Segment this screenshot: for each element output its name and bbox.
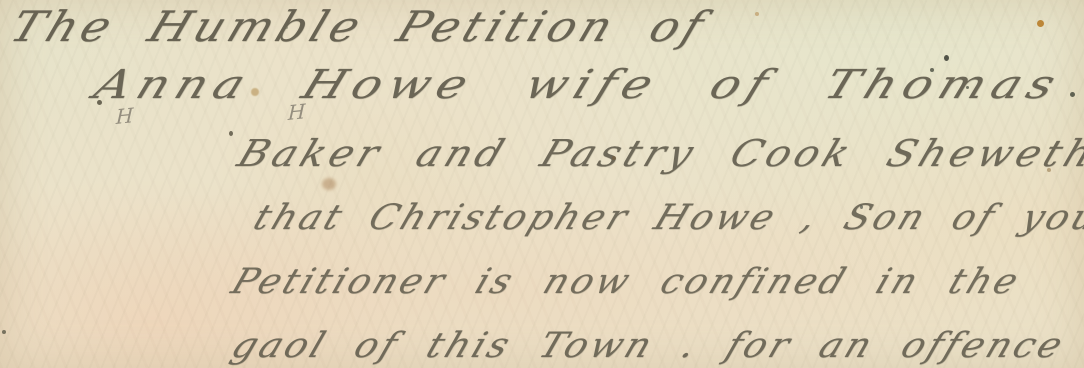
ink-speck <box>2 330 6 334</box>
document-page: The Humble Petition of Anna Howe wife of… <box>0 0 1084 368</box>
ink-spot <box>1037 20 1044 27</box>
paper-texture <box>0 0 1084 368</box>
manuscript-line-3: Baker and Pastry Cook Sheweth <box>232 132 1084 175</box>
manuscript-line-1: The Humble Petition of <box>4 2 714 51</box>
ink-dot <box>229 131 233 136</box>
ink-speck <box>944 55 949 61</box>
manuscript-line-4: that Christopher Howe , Son of your <box>248 198 1084 238</box>
pencil-mark-h-1: H <box>116 103 134 129</box>
pencil-mark-h-2: H <box>288 99 306 125</box>
manuscript-line-6: gaol of this Town . for an offence <box>226 326 1071 366</box>
manuscript-line-5: Petitioner is now confined in the <box>226 262 1026 302</box>
ink-speck <box>755 12 759 16</box>
manuscript-line-2: Anna Howe wife of Thomas Howe <box>88 62 1084 108</box>
stain <box>322 178 336 190</box>
